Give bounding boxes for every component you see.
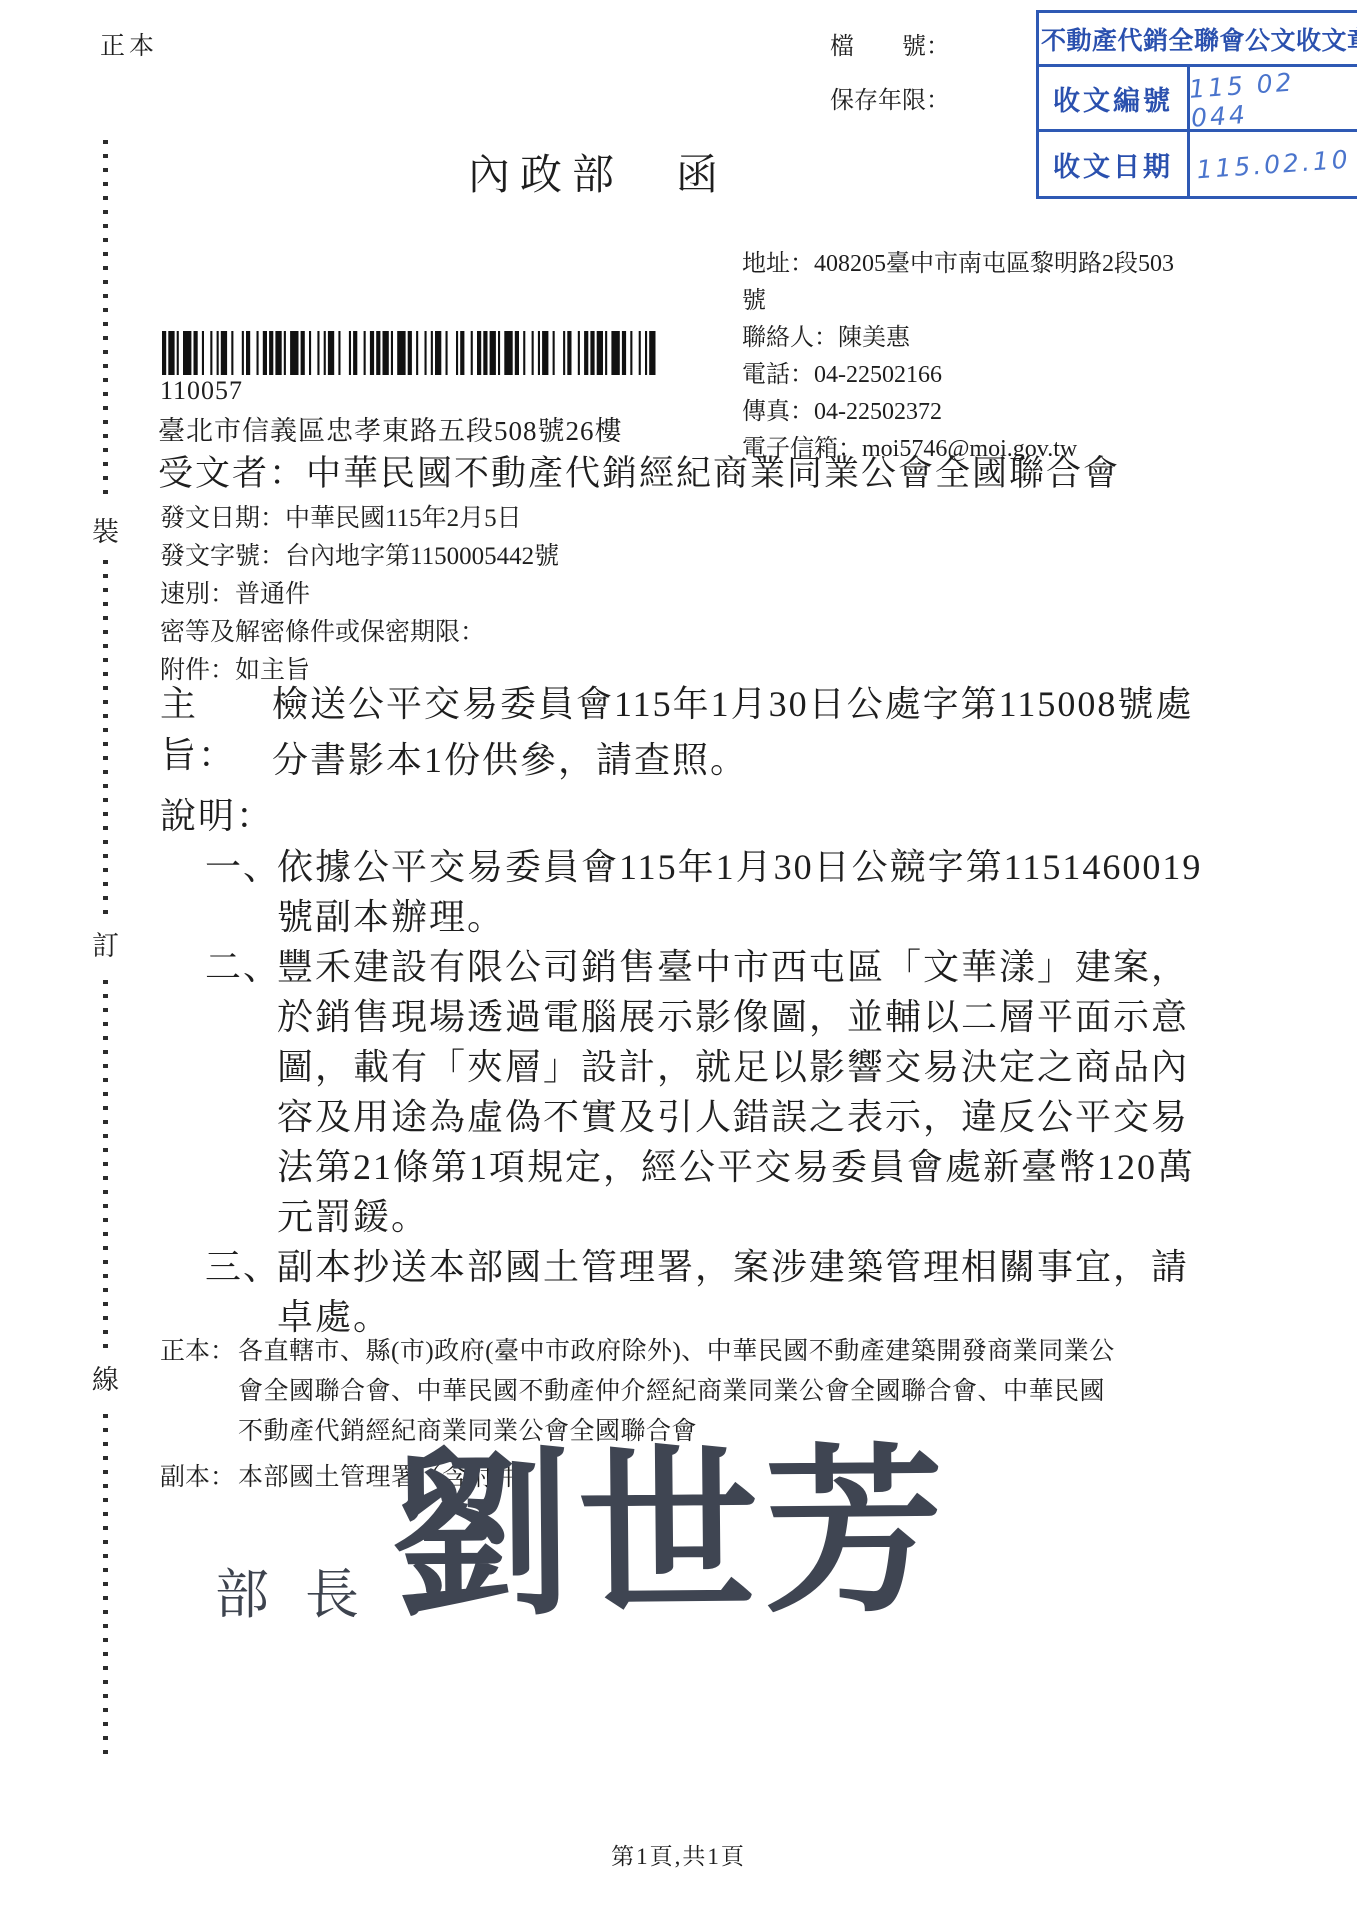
sender-info-line: 號 bbox=[742, 283, 1262, 320]
explanation-item: 一、 依據公平交易委員會115年1月30日公競字第1151460019號副本辦理… bbox=[205, 842, 1202, 942]
sender-info-line: 電話：04-22502166 bbox=[742, 357, 1262, 394]
stamp-title: 不動產代銷全聯會公文收文章 bbox=[1039, 13, 1357, 67]
explanation-items: 一、 依據公平交易委員會115年1月30日公競字第1151460019號副本辦理… bbox=[205, 842, 1202, 1342]
subject-label: 主旨： bbox=[160, 676, 272, 788]
original-label: 正本： bbox=[160, 1332, 238, 1452]
binding-mark-zhuang: 裝 bbox=[86, 502, 125, 557]
sender-info-line: 傳真：04-22502372 bbox=[742, 394, 1262, 431]
subject-line: 分書影本1份供參，請查照。 bbox=[272, 732, 1193, 788]
receipt-stamp: 不動產代銷全聯會公文收文章 收文編號 115 02 044 收文日期 115.0… bbox=[1036, 10, 1357, 199]
item-line: 豐禾建設有限公司銷售臺中市西屯區「文華漾」建案， bbox=[277, 942, 1195, 992]
document-meta-block: 發文日期：中華民國115年2月5日發文字號：台內地字第1150005442號速別… bbox=[160, 500, 559, 690]
copy-label: 副本： bbox=[160, 1458, 238, 1498]
document-title: 內政部 函 bbox=[468, 142, 728, 202]
item-line: 法第21條第1項規定，經公平交易委員會處新臺幣120萬 bbox=[277, 1142, 1195, 1192]
item-text: 依據公平交易委員會115年1月30日公競字第1151460019號副本辦理。 bbox=[277, 842, 1202, 942]
recipient-address: 臺北市信義區忠孝東路五段508號26樓 bbox=[158, 409, 623, 448]
item-line: 副本抄送本部國土管理署，案涉建築管理相關事宜，請 bbox=[277, 1242, 1189, 1292]
item-line: 元罰鍰。 bbox=[277, 1192, 1195, 1242]
item-number: 二、 bbox=[205, 942, 277, 1242]
signer-title: 部長 bbox=[215, 1552, 395, 1629]
item-text: 豐禾建設有限公司銷售臺中市西屯區「文華漾」建案，於銷售現場透過電腦展示影像圖，並… bbox=[277, 942, 1195, 1242]
recipient-list-line: 會全國聯合會、中華民國不動產仲介經紀商業同業公會全國聯合會、中華民國 bbox=[238, 1372, 1115, 1412]
explanation-heading: 說明： bbox=[160, 788, 274, 839]
item-number: 一、 bbox=[205, 842, 277, 942]
document-page: 正本 檔 號： 保存年限： 不動產代銷全聯會公文收文章 收文編號 115 02 … bbox=[0, 0, 1357, 1920]
sender-info-line: 聯絡人：陳美惠 bbox=[742, 320, 1262, 357]
file-number-label: 檔 號： bbox=[830, 26, 950, 61]
meta-line: 密等及解密條件或保密期限： bbox=[160, 614, 559, 652]
page-number: 第1頁,共1頁 bbox=[0, 1838, 1357, 1871]
meta-line: 速別：普通件 bbox=[160, 576, 559, 614]
barcode bbox=[160, 331, 660, 375]
explanation-item: 二、 豐禾建設有限公司銷售臺中市西屯區「文華漾」建案，於銷售現場透過電腦展示影像… bbox=[205, 942, 1202, 1242]
recipient-list-line: 各直轄市、縣(市)政府(臺中市政府除外)、中華民國不動產建築開發商業同業公 bbox=[238, 1332, 1115, 1372]
sender-info-block: 地址：408205臺中市南屯區黎明路2段503號聯絡人：陳美惠電話：04-225… bbox=[742, 246, 1262, 468]
receipt-number-value: 115 02 044 bbox=[1188, 61, 1357, 134]
retention-period-label: 保存年限： bbox=[830, 80, 950, 115]
barcode-number: 110057 bbox=[160, 376, 243, 406]
subject-text: 檢送公平交易委員會115年1月30日公處字第115008號處分書影本1份供參，請… bbox=[272, 676, 1193, 788]
item-number: 三、 bbox=[205, 1242, 277, 1342]
item-line: 依據公平交易委員會115年1月30日公競字第1151460019 bbox=[277, 842, 1202, 892]
stamp-row: 收文日期 115.02.10 bbox=[1039, 132, 1357, 196]
receipt-number-label: 收文編號 bbox=[1039, 67, 1190, 129]
stamp-row: 收文編號 115 02 044 bbox=[1039, 67, 1357, 132]
receipt-date-label: 收文日期 bbox=[1039, 132, 1190, 196]
subject-line: 檢送公平交易委員會115年1月30日公處字第115008號處 bbox=[272, 676, 1193, 732]
explanation-item: 三、 副本抄送本部國土管理署，案涉建築管理相關事宜，請卓處。 bbox=[205, 1242, 1202, 1342]
meta-line: 發文字號：台內地字第1150005442號 bbox=[160, 538, 559, 576]
item-line: 號副本辦理。 bbox=[277, 892, 1202, 942]
receipt-date-value: 115.02.10 bbox=[1188, 126, 1357, 201]
binding-mark-ding: 訂 bbox=[86, 916, 125, 971]
copy-type-label: 正本 bbox=[100, 26, 158, 62]
subject-section: 主旨： 檢送公平交易委員會115年1月30日公處字第115008號處分書影本1份… bbox=[160, 676, 1193, 788]
item-line: 容及用途為虛偽不實及引人錯誤之表示，違反公平交易 bbox=[277, 1092, 1195, 1142]
recipient-line: 受文者：中華民國不動產代銷經紀商業同業公會全國聯合會 bbox=[158, 446, 1120, 496]
meta-line: 發文日期：中華民國115年2月5日 bbox=[160, 500, 559, 538]
item-line: 圖，載有「夾層」設計，就足以影響交易決定之商品內 bbox=[277, 1042, 1195, 1092]
signer-signature: 劉世芳 bbox=[391, 1426, 951, 1647]
sender-info-line: 地址：408205臺中市南屯區黎明路2段503 bbox=[742, 246, 1262, 283]
item-text: 副本抄送本部國土管理署，案涉建築管理相關事宜，請卓處。 bbox=[277, 1242, 1189, 1342]
item-line: 於銷售現場透過電腦展示影像圖，並輔以二層平面示意 bbox=[277, 992, 1195, 1042]
binding-mark-xian: 線 bbox=[86, 1350, 125, 1405]
